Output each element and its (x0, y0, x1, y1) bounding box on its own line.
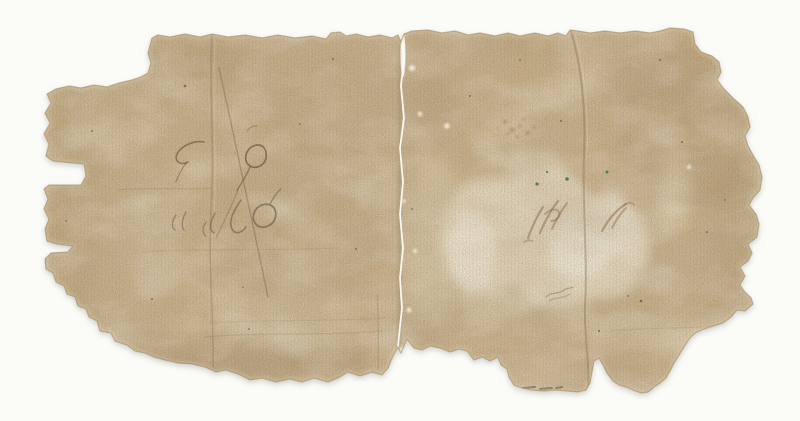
scanned-paper-fragment (0, 0, 800, 421)
scan-canvas (0, 0, 800, 421)
paper-fragment (30, 18, 778, 408)
